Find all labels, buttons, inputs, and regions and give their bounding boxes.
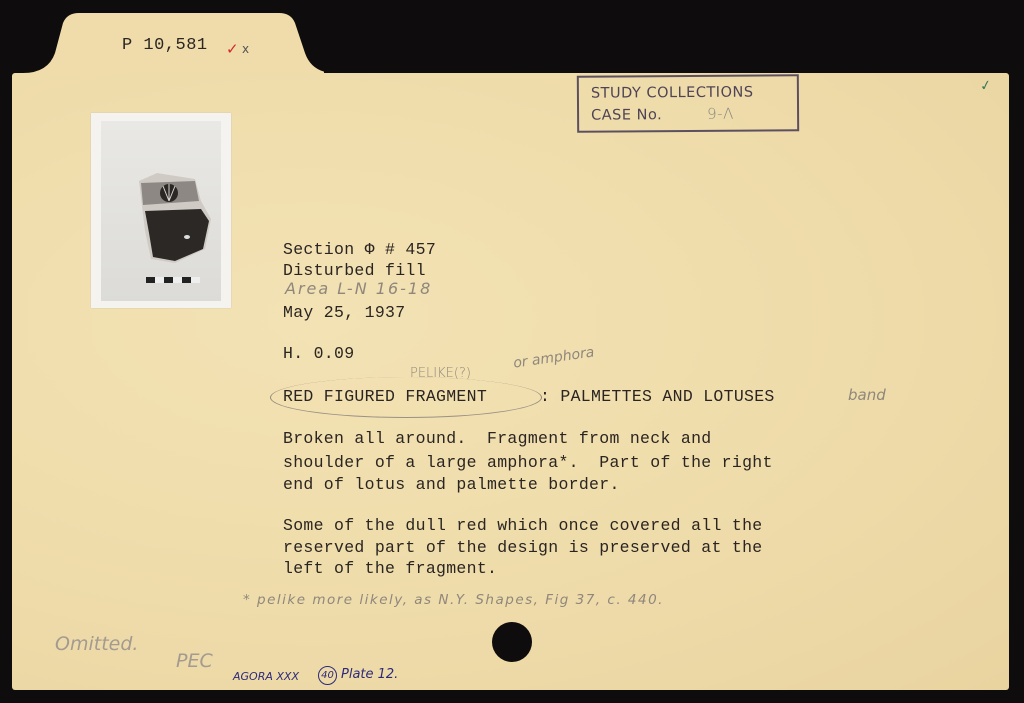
inventory-number: P 10,581	[122, 36, 208, 55]
catalog-number-circled: 40	[318, 666, 337, 685]
band-annotation: band	[848, 386, 886, 404]
object-photo	[91, 113, 231, 308]
area-handwritten: Area L-N 16-18	[285, 279, 432, 298]
punch-hole	[492, 622, 532, 662]
scale-bar	[146, 277, 200, 283]
section-line: Section Φ # 457	[283, 240, 436, 259]
sherd-image-icon	[135, 171, 213, 267]
red-check-icon: ✓	[226, 40, 239, 58]
stamp-line1: STUDY COLLECTIONS	[591, 85, 754, 102]
description-line: reserved part of the design is preserved…	[283, 538, 762, 557]
description-line: Broken all around. Fragment from neck an…	[283, 429, 711, 448]
study-collections-stamp: STUDY COLLECTIONS CASE No. 9-Λ	[577, 74, 799, 133]
height-line: H. 0.09	[283, 344, 354, 363]
stamp-line2: CASE No.	[591, 107, 662, 123]
x-mark: x	[242, 42, 249, 56]
green-check-icon: ✓	[979, 77, 993, 95]
publication-ref: AGORA XXX	[233, 670, 299, 683]
omitted-note: Omitted.	[55, 633, 138, 655]
description-line: end of lotus and palmette border.	[283, 475, 620, 494]
title-right: : PALMETTES AND LOTUSES	[540, 387, 775, 406]
footnote: * pelike more likely, as N.Y. Shapes, Fi…	[243, 592, 664, 608]
description-line: left of the fragment.	[283, 559, 497, 578]
title-left: RED FIGURED FRAGMENT	[283, 387, 487, 406]
plate-ref: Plate 12.	[341, 667, 398, 682]
context-line: Disturbed fill	[283, 261, 426, 280]
date-line: May 25, 1937	[283, 303, 405, 322]
description-line: Some of the dull red which once covered …	[283, 516, 762, 535]
case-number: 9-Λ	[707, 105, 734, 123]
photo-background	[101, 121, 221, 301]
description-line: shoulder of a large amphora*. Part of th…	[283, 453, 773, 472]
initials: PEC	[176, 650, 213, 672]
